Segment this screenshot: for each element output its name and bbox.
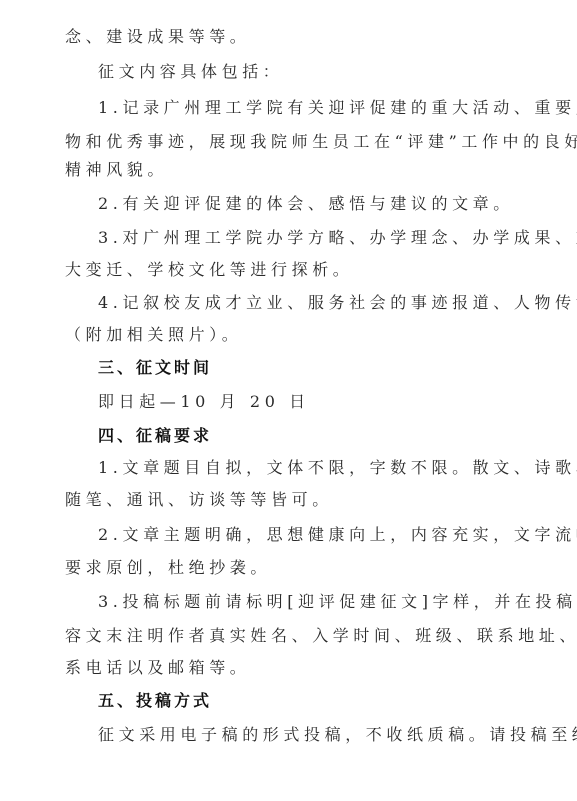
list-item-1-cont: 物和优秀事迹，展现我院师生员工在“评建”工作中的良好: [65, 132, 510, 152]
requirement-2: 2.文章主题明确，思想健康向上，内容充实，文字流畅，: [98, 525, 510, 545]
list-item-4: 4.记叙校友成才立业、服务社会的事迹报道、人物传记: [98, 293, 510, 313]
list-item-2: 2.有关迎评促建的体会、感悟与建议的文章。: [98, 194, 510, 214]
paragraph-continuation: 念、建设成果等等。: [65, 27, 510, 47]
list-item-4-cont: （附加相关照片）。: [65, 325, 510, 345]
list-item-3-cont: 大变迁、学校文化等进行探析。: [65, 260, 510, 280]
submission-method: 征文采用电子稿的形式投稿，不收纸质稿。请投稿至组: [98, 725, 510, 745]
requirement-3-cont: 容文末注明作者真实姓名、入学时间、班级、联系地址、联: [65, 626, 510, 646]
section-heading-4: 四、征稿要求: [98, 426, 510, 446]
requirement-1: 1.文章题目自拟，文体不限，字数不限。散文、诗歌、: [98, 458, 510, 478]
requirement-2-cont: 要求原创，杜绝抄袭。: [65, 558, 510, 578]
list-item-1-cont: 精神风貌。: [65, 160, 510, 180]
document-page: 念、建设成果等等。 征文内容具体包括： 1.记录广州理工学院有关迎评促建的重大活…: [0, 0, 577, 801]
requirement-1-cont: 随笔、通讯、访谈等等皆可。: [65, 490, 510, 510]
section-heading-5: 五、投稿方式: [98, 691, 510, 711]
paragraph-intro: 征文内容具体包括：: [98, 62, 510, 82]
list-item-3: 3.对广州理工学院办学方略、办学理念、办学成果、重: [98, 228, 510, 248]
requirement-3: 3.投稿标题前请标明[迎评促建征文]字样，并在投稿内: [98, 592, 510, 612]
list-item-1: 1.记录广州理工学院有关迎评促建的重大活动、重要人: [98, 98, 510, 118]
section-heading-3: 三、征文时间: [98, 358, 510, 378]
requirement-3-cont: 系电话以及邮箱等。: [65, 658, 510, 678]
submission-period: 即日起—10 月 20 日: [98, 392, 510, 412]
